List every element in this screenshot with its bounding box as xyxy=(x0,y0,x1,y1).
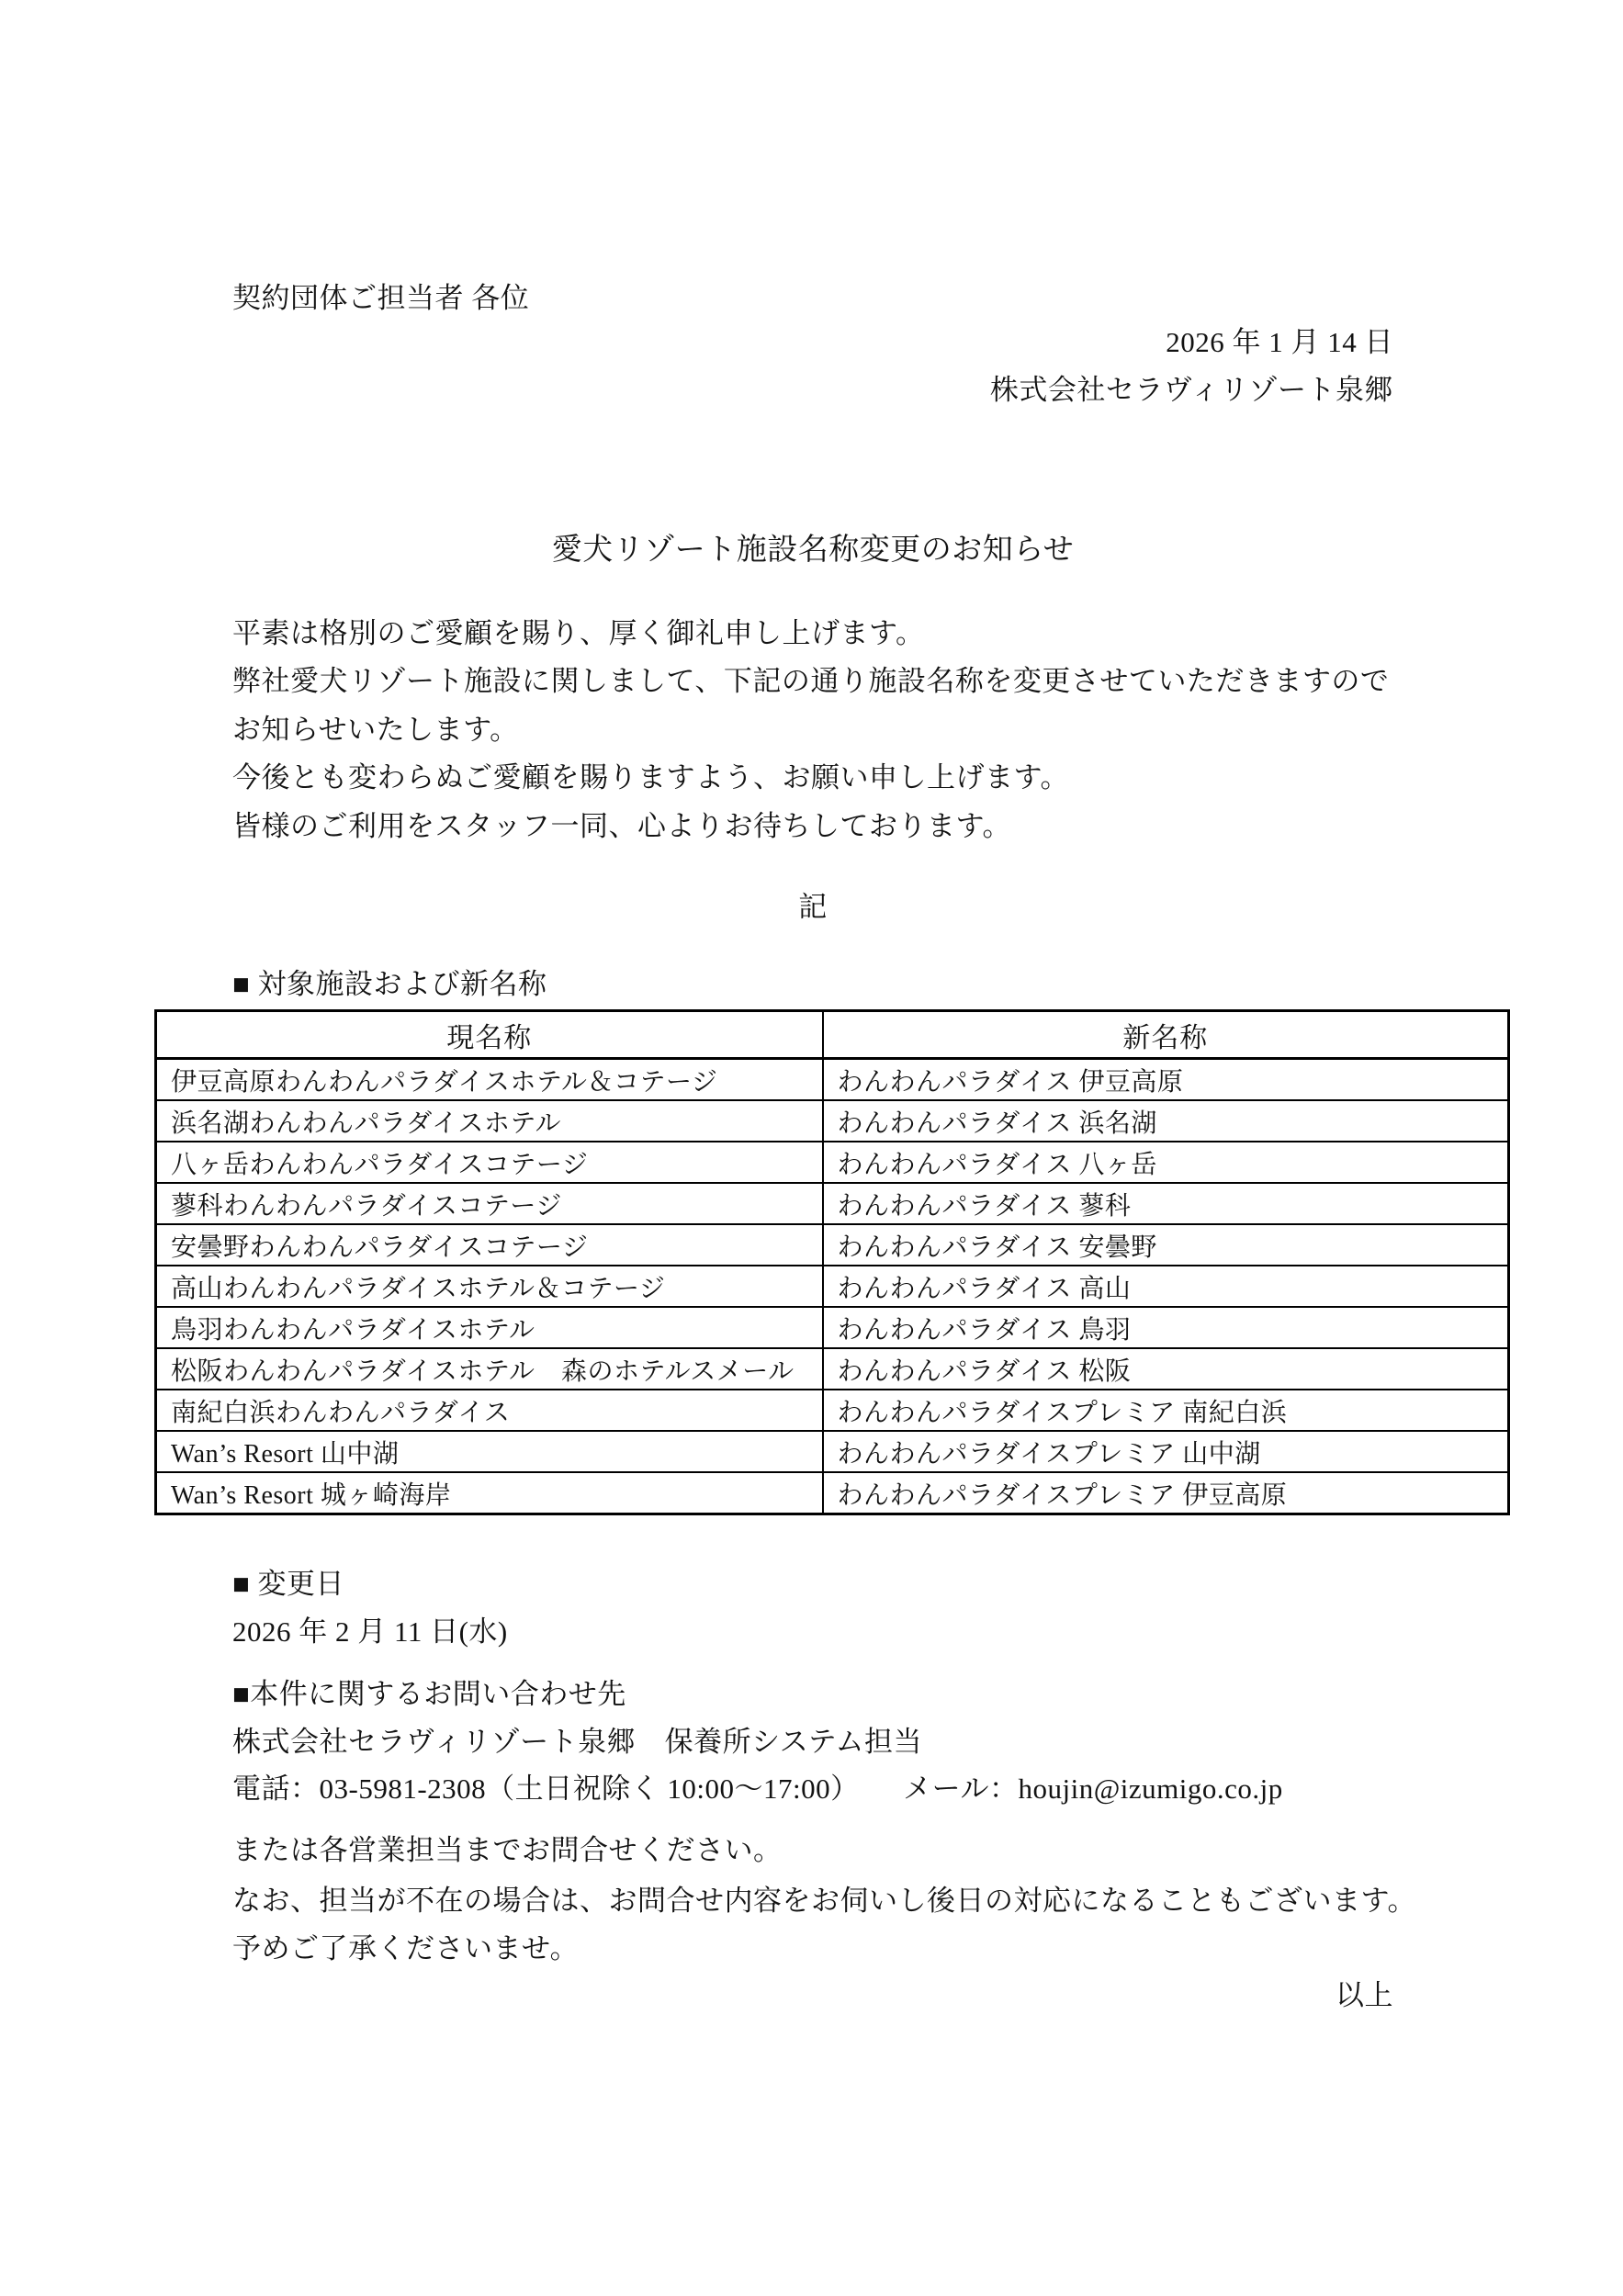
cell-current-name: Wan’s Resort 城ヶ崎海岸 xyxy=(156,1472,823,1514)
column-header-new-name: 新名称 xyxy=(823,1011,1509,1059)
table-row: 蓼科わんわんパラダイスコテージ わんわんパラダイス 蓼科 xyxy=(156,1183,1509,1224)
table-row: 八ヶ岳わんわんパラダイスコテージ わんわんパラダイス 八ヶ岳 xyxy=(156,1142,1509,1183)
table-row: Wan’s Resort 城ヶ崎海岸 わんわんパラダイスプレミア 伊豆高原 xyxy=(156,1472,1509,1514)
body-paragraph: 弊社愛犬リゾート施設に関しまして、下記の通り施設名称を変更させていただきますので xyxy=(232,663,1389,700)
body-paragraph: 皆様のご利用をスタッフ一同、心よりお待ちしております。 xyxy=(232,808,1011,845)
contact-company: 株式会社セラヴィリゾート泉郷 保養所システム担当 xyxy=(232,1724,922,1761)
cell-new-name: わんわんパラダイス 八ヶ岳 xyxy=(823,1142,1509,1183)
contact-heading: ■本件に関するお問い合わせ先 xyxy=(232,1676,626,1713)
recipient-line: 契約団体ご担当者 各位 xyxy=(232,280,529,317)
body-paragraph: 今後とも変わらぬご愛顧を賜りますよう、お願い申し上げます。 xyxy=(232,760,1069,796)
closing-marker: 以上 xyxy=(1336,1977,1393,2014)
cell-current-name: 八ヶ岳わんわんパラダイスコテージ xyxy=(156,1142,823,1183)
body-paragraph: 平素は格別のご愛顧を賜り、厚く御礼申し上げます。 xyxy=(232,615,925,652)
cell-new-name: わんわんパラダイスプレミア 南紀白浜 xyxy=(823,1390,1509,1431)
ki-marker: 記 xyxy=(232,889,1393,926)
cell-new-name: わんわんパラダイス 蓼科 xyxy=(823,1183,1509,1224)
cell-current-name: 南紀白浜わんわんパラダイス xyxy=(156,1390,823,1431)
contact-note: なお、担当が不在の場合は、お問合せ内容をお伺いし後日の対応になることもございます… xyxy=(232,1883,1416,1919)
table-row: Wan’s Resort 山中湖 わんわんパラダイスプレミア 山中湖 xyxy=(156,1431,1509,1472)
cell-new-name: わんわんパラダイス 鳥羽 xyxy=(823,1307,1509,1348)
cell-new-name: わんわんパラダイスプレミア 伊豆高原 xyxy=(823,1472,1509,1514)
table-row: 伊豆高原わんわんパラダイスホテル＆コテージ わんわんパラダイス 伊豆高原 xyxy=(156,1059,1509,1101)
document-title: 愛犬リゾート施設名称変更のお知らせ xyxy=(232,532,1393,568)
table-row: 松阪わんわんパラダイスホテル 森のホテルスメール わんわんパラダイス 松阪 xyxy=(156,1348,1509,1390)
table-row: 高山わんわんパラダイスホテル＆コテージ わんわんパラダイス 高山 xyxy=(156,1266,1509,1307)
cell-new-name: わんわんパラダイス 伊豆高原 xyxy=(823,1059,1509,1101)
table-section-heading: ■ 対象施設および新名称 xyxy=(232,966,547,1003)
cell-current-name: 伊豆高原わんわんパラダイスホテル＆コテージ xyxy=(156,1059,823,1101)
cell-new-name: わんわんパラダイス 浜名湖 xyxy=(823,1100,1509,1142)
date-line: 2026 年 1 月 14 日 xyxy=(1166,324,1393,361)
change-date-heading: ■ 変更日 xyxy=(232,1566,344,1603)
cell-current-name: 高山わんわんパラダイスホテル＆コテージ xyxy=(156,1266,823,1307)
cell-current-name: 松阪わんわんパラダイスホテル 森のホテルスメール xyxy=(156,1348,823,1390)
cell-new-name: わんわんパラダイス 高山 xyxy=(823,1266,1509,1307)
contact-note: 予めご了承くださいませ。 xyxy=(232,1930,579,1967)
cell-current-name: 鳥羽わんわんパラダイスホテル xyxy=(156,1307,823,1348)
cell-current-name: Wan’s Resort 山中湖 xyxy=(156,1431,823,1472)
table-row: 鳥羽わんわんパラダイスホテル わんわんパラダイス 鳥羽 xyxy=(156,1307,1509,1348)
contact-phone-line: 電話：03-5981-2308（土日祝除く 10:00～17:00） メール：h… xyxy=(232,1771,1283,1807)
table-row: 安曇野わんわんパラダイスコテージ わんわんパラダイス 安曇野 xyxy=(156,1224,1509,1266)
cell-current-name: 浜名湖わんわんパラダイスホテル xyxy=(156,1100,823,1142)
table-row: 浜名湖わんわんパラダイスホテル わんわんパラダイス 浜名湖 xyxy=(156,1100,1509,1142)
cell-current-name: 安曇野わんわんパラダイスコテージ xyxy=(156,1224,823,1266)
facility-name-table: 現名称 新名称 伊豆高原わんわんパラダイスホテル＆コテージ わんわんパラダイス … xyxy=(154,1009,1510,1515)
column-header-current-name: 現名称 xyxy=(156,1011,823,1059)
cell-new-name: わんわんパラダイス 松阪 xyxy=(823,1348,1509,1390)
cell-new-name: わんわんパラダイスプレミア 山中湖 xyxy=(823,1431,1509,1472)
body-paragraph: お知らせいたします。 xyxy=(232,712,519,748)
sender-line: 株式会社セラヴィリゾート泉郷 xyxy=(990,372,1393,409)
contact-note: または各営業担当までお問合せください。 xyxy=(232,1832,783,1869)
document-page: 契約団体ご担当者 各位 2026 年 1 月 14 日 株式会社セラヴィリゾート… xyxy=(0,0,1623,2296)
cell-current-name: 蓼科わんわんパラダイスコテージ xyxy=(156,1183,823,1224)
change-date-value: 2026 年 2 月 11 日(水) xyxy=(232,1614,508,1650)
table-header-row: 現名称 新名称 xyxy=(156,1011,1509,1059)
table-row: 南紀白浜わんわんパラダイス わんわんパラダイスプレミア 南紀白浜 xyxy=(156,1390,1509,1431)
cell-new-name: わんわんパラダイス 安曇野 xyxy=(823,1224,1509,1266)
